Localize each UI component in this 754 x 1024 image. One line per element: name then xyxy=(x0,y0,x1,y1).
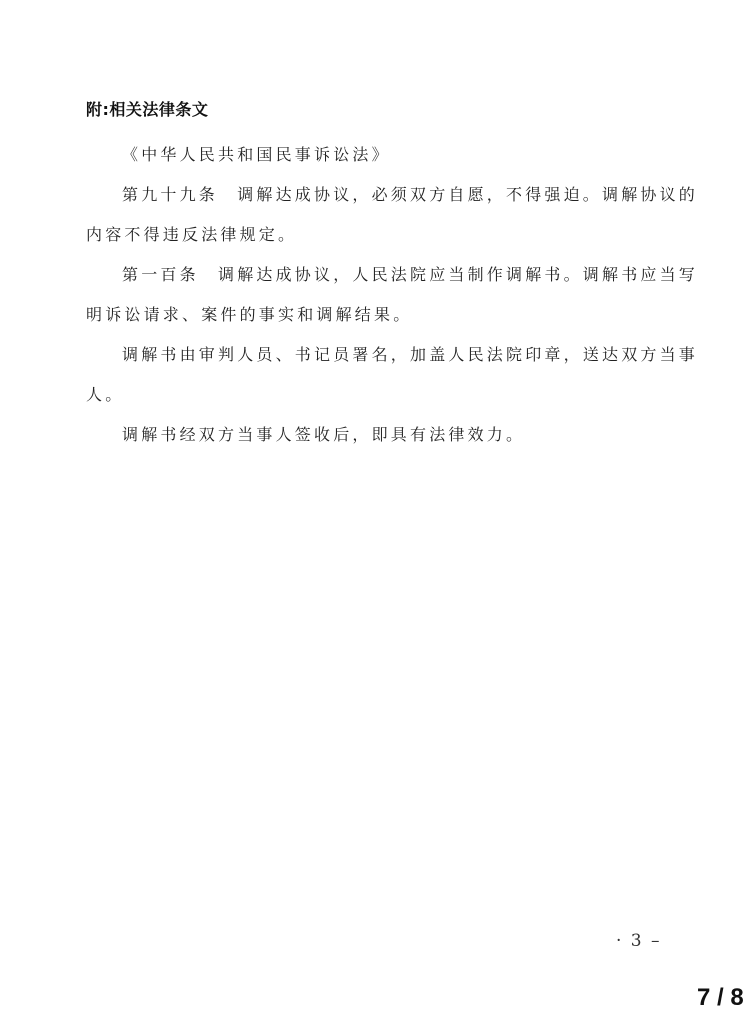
article-99-line-2: 内容不得违反法律规定。 xyxy=(86,222,297,245)
article-100-line-2: 明诉讼请求、案件的事实和调解结果。 xyxy=(86,302,412,325)
paragraph-signature-line-2: 人。 xyxy=(86,382,124,405)
article-99-line-1: 第九十九条 调解达成协议，必须双方自愿，不得强迫。调解协议的 xyxy=(122,182,698,205)
paragraph-effect-line: 调解书经双方当事人签收后，即具有法律效力。 xyxy=(122,422,525,445)
appendix-heading: 附:相关法律条文 xyxy=(86,97,208,120)
page-number: · 3 – xyxy=(616,931,662,951)
viewer-page-indicator: 7 / 8 xyxy=(697,984,744,1012)
law-title: 《中华人民共和国民事诉讼法》 xyxy=(122,142,391,165)
paragraph-signature-line-1: 调解书由审判人员、书记员署名，加盖人民法院印章，送达双方当事 xyxy=(122,342,698,365)
article-100-line-1: 第一百条 调解达成协议，人民法院应当制作调解书。调解书应当写 xyxy=(122,262,698,285)
